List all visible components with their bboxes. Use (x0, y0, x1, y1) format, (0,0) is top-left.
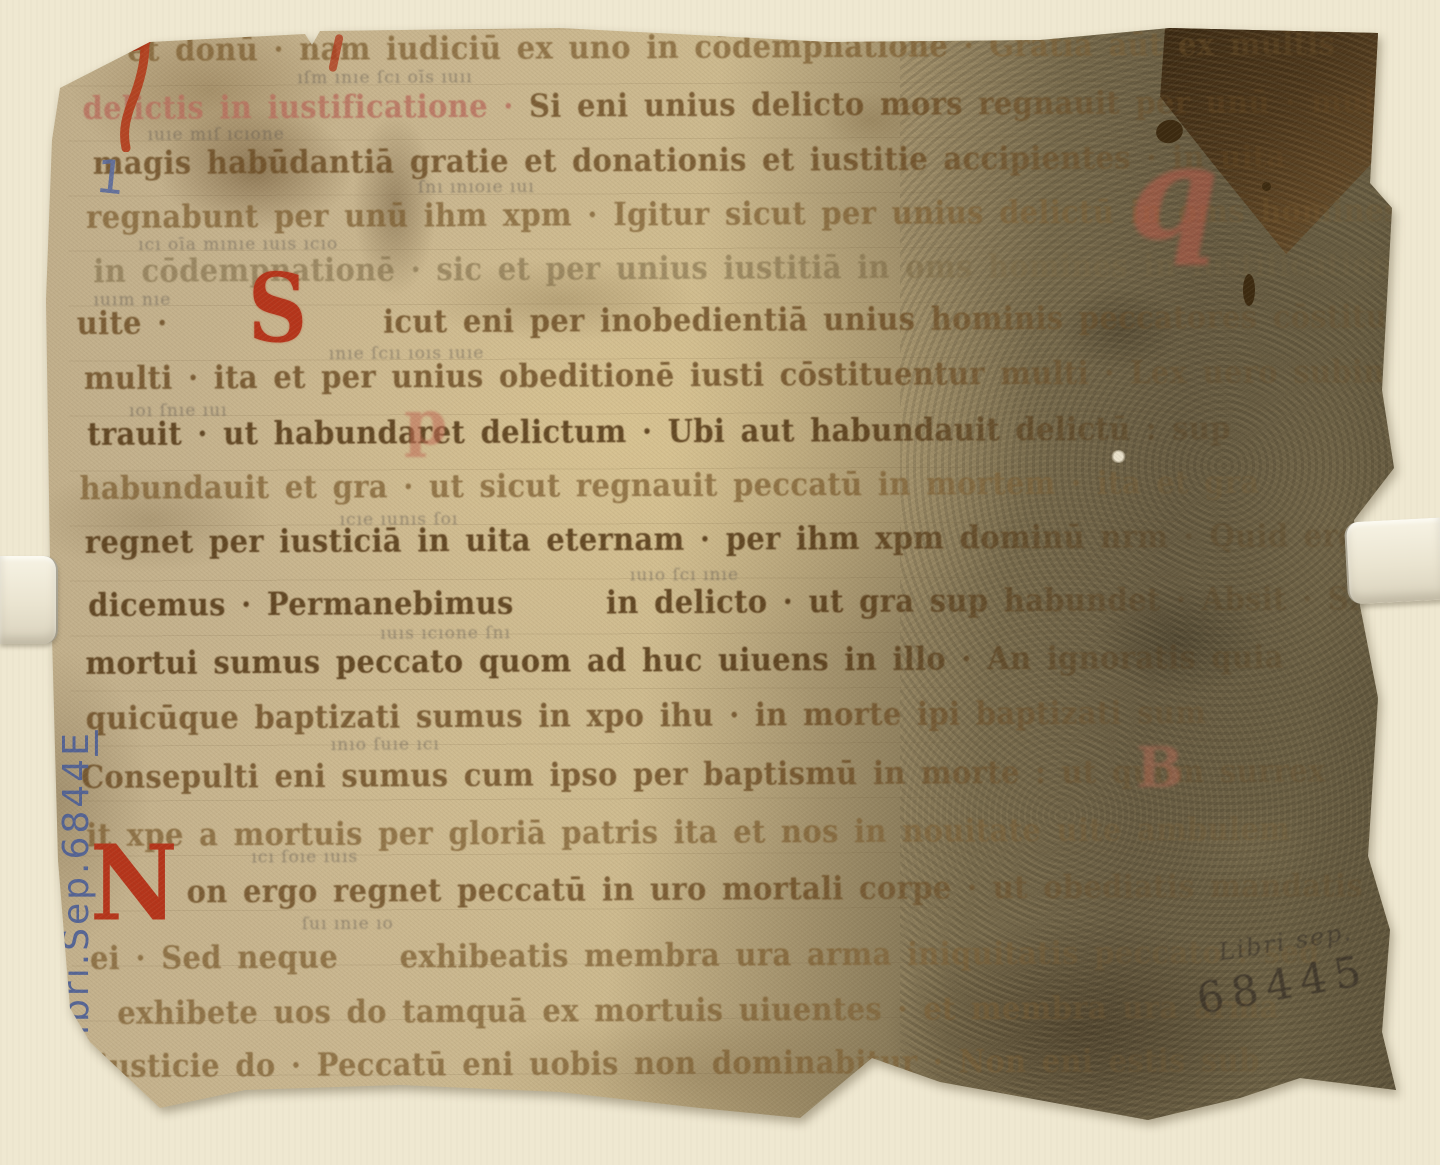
mount-board: ıſm ınıe ſcı oīs ıuıı ıuıe mıſ ıcıone ſn… (0, 0, 1440, 1165)
mounting-clip-left (0, 556, 58, 644)
parchment-surface: ıſm ınıe ſcı oīs ıuıı ıuıe mıſ ıcıone ſn… (0, 0, 1440, 1165)
parchment-fragment: ıſm ınıe ſcı oīs ıuıı ıuıe mıſ ıcıone ſn… (0, 0, 1440, 1165)
mounting-clip-right (1344, 518, 1440, 605)
parchment-grain (0, 0, 1440, 1165)
